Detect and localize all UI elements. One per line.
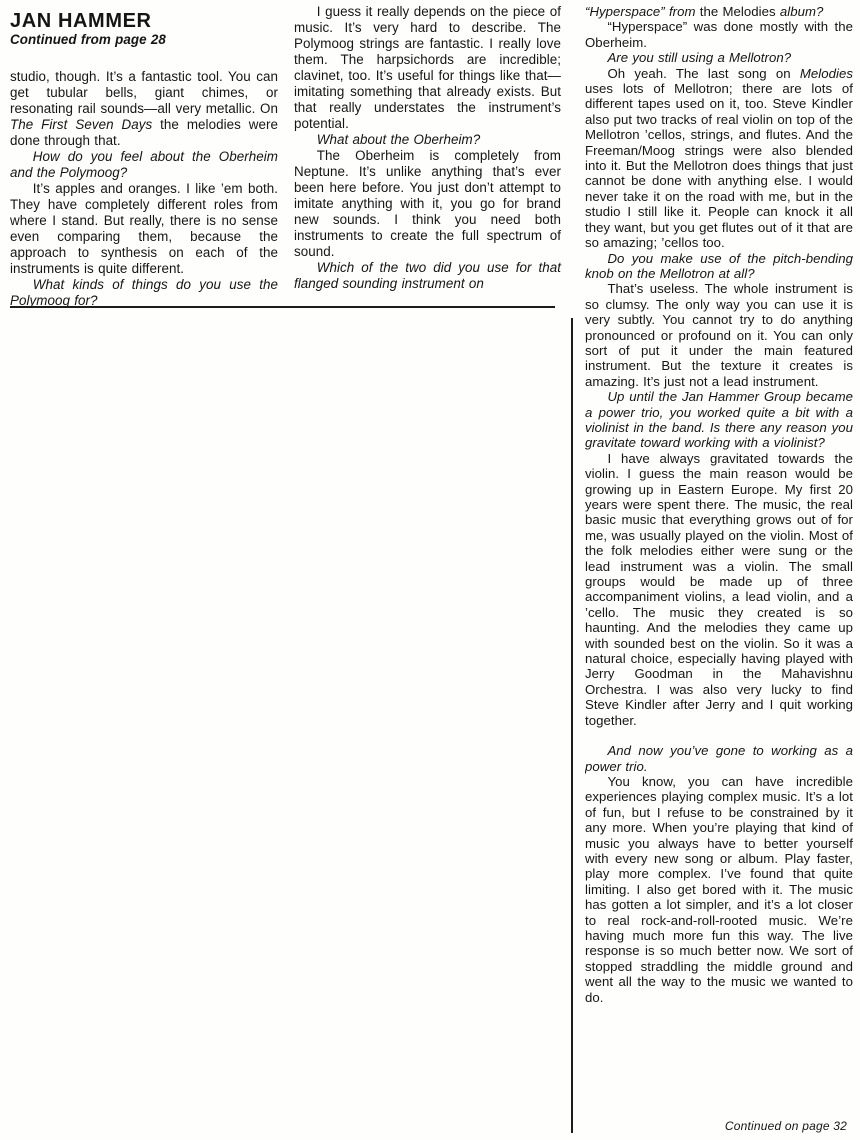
text-segment: What about the Oberheim? <box>317 132 480 147</box>
text-segment: Which of the two did you use for that fl… <box>294 260 561 291</box>
text-segment: Are you still using a Mellotron? <box>607 50 791 65</box>
text-segment: “Hyperspace” was done mostly with the Ob… <box>585 19 853 49</box>
text-segment: Up until the Jan Hammer Group became a p… <box>585 389 853 450</box>
text-segment: It’s apples and oranges. I like ’em both… <box>10 181 278 276</box>
article-header: JAN HAMMER Continued from page 28 <box>10 10 278 48</box>
paragraph: The Oberheim is completely from Neptune.… <box>294 148 561 260</box>
paragraph: What kinds of things do you use the Poly… <box>10 277 278 309</box>
column-middle: I guess it really depends on the piece o… <box>294 4 561 292</box>
column-right-body: “Hyperspace” from the Melodies album?“Hy… <box>585 4 853 1005</box>
text-segment: The First Seven Days <box>10 117 152 132</box>
text-segment: album? <box>776 4 824 19</box>
text-segment: That’s useless. The whole instrument is … <box>585 281 853 388</box>
paragraph: And now you’ve gone to working as a powe… <box>585 743 853 774</box>
paragraph: Are you still using a Mellotron? <box>585 50 853 65</box>
paragraph: Do you make use of the pitch-bending kno… <box>585 251 853 282</box>
text-segment: I have always gravitated towards the vio… <box>585 451 853 728</box>
magazine-page: JAN HAMMER Continued from page 28 studio… <box>0 0 860 1140</box>
column-left: JAN HAMMER Continued from page 28 studio… <box>10 10 278 309</box>
paragraph: “Hyperspace” from the Melodies album? <box>585 4 853 19</box>
column-divider-rule <box>571 318 573 1133</box>
text-segment: the Melodies <box>700 4 776 19</box>
column-right: “Hyperspace” from the Melodies album?“Hy… <box>585 4 853 1116</box>
article-title: JAN HAMMER <box>10 10 278 32</box>
text-segment: How do you feel about the Oberheim and t… <box>10 149 278 180</box>
horizontal-rule <box>10 306 555 308</box>
text-segment: uses lots of Mellotron; there are lots o… <box>585 81 853 250</box>
paragraph: studio, though. It’s a fantastic tool. Y… <box>10 69 278 149</box>
text-segment: studio, though. It’s a fantastic tool. Y… <box>10 69 278 116</box>
paragraph: What about the Oberheim? <box>294 132 561 148</box>
text-segment: You know, you can have incredible experi… <box>585 774 853 1005</box>
paragraph: I have always gravitated towards the vio… <box>585 451 853 728</box>
column-left-body: studio, though. It’s a fantastic tool. Y… <box>10 69 278 309</box>
text-segment: I guess it really depends on the piece o… <box>294 4 561 131</box>
paragraph: I guess it really depends on the piece o… <box>294 4 561 132</box>
paragraph: You know, you can have incredible experi… <box>585 774 853 1005</box>
continued-on-note: Continued on page 32 <box>585 1119 847 1133</box>
paragraph: Oh yeah. The last song on Melodies uses … <box>585 66 853 251</box>
text-segment: What kinds of things do you use the Poly… <box>10 277 278 308</box>
paragraph: Which of the two did you use for that fl… <box>294 260 561 292</box>
text-segment: Melodies <box>800 66 853 81</box>
text-segment: The Oberheim is completely from Neptune.… <box>294 148 561 259</box>
text-segment: Do you make use of the pitch-bending kno… <box>585 251 853 281</box>
paragraph: That’s useless. The whole instrument is … <box>585 281 853 389</box>
paragraph: “Hyperspace” was done mostly with the Ob… <box>585 19 853 50</box>
paragraph: How do you feel about the Oberheim and t… <box>10 149 278 181</box>
continued-from-note: Continued from page 28 <box>10 32 278 48</box>
text-segment: Oh yeah. The last song on <box>607 66 799 81</box>
paragraph: It’s apples and oranges. I like ’em both… <box>10 181 278 277</box>
column-middle-body: I guess it really depends on the piece o… <box>294 4 561 292</box>
paragraph: Up until the Jan Hammer Group became a p… <box>585 389 853 451</box>
text-segment: “Hyperspace” from <box>585 4 700 19</box>
text-segment: And now you’ve gone to working as a powe… <box>585 743 853 773</box>
